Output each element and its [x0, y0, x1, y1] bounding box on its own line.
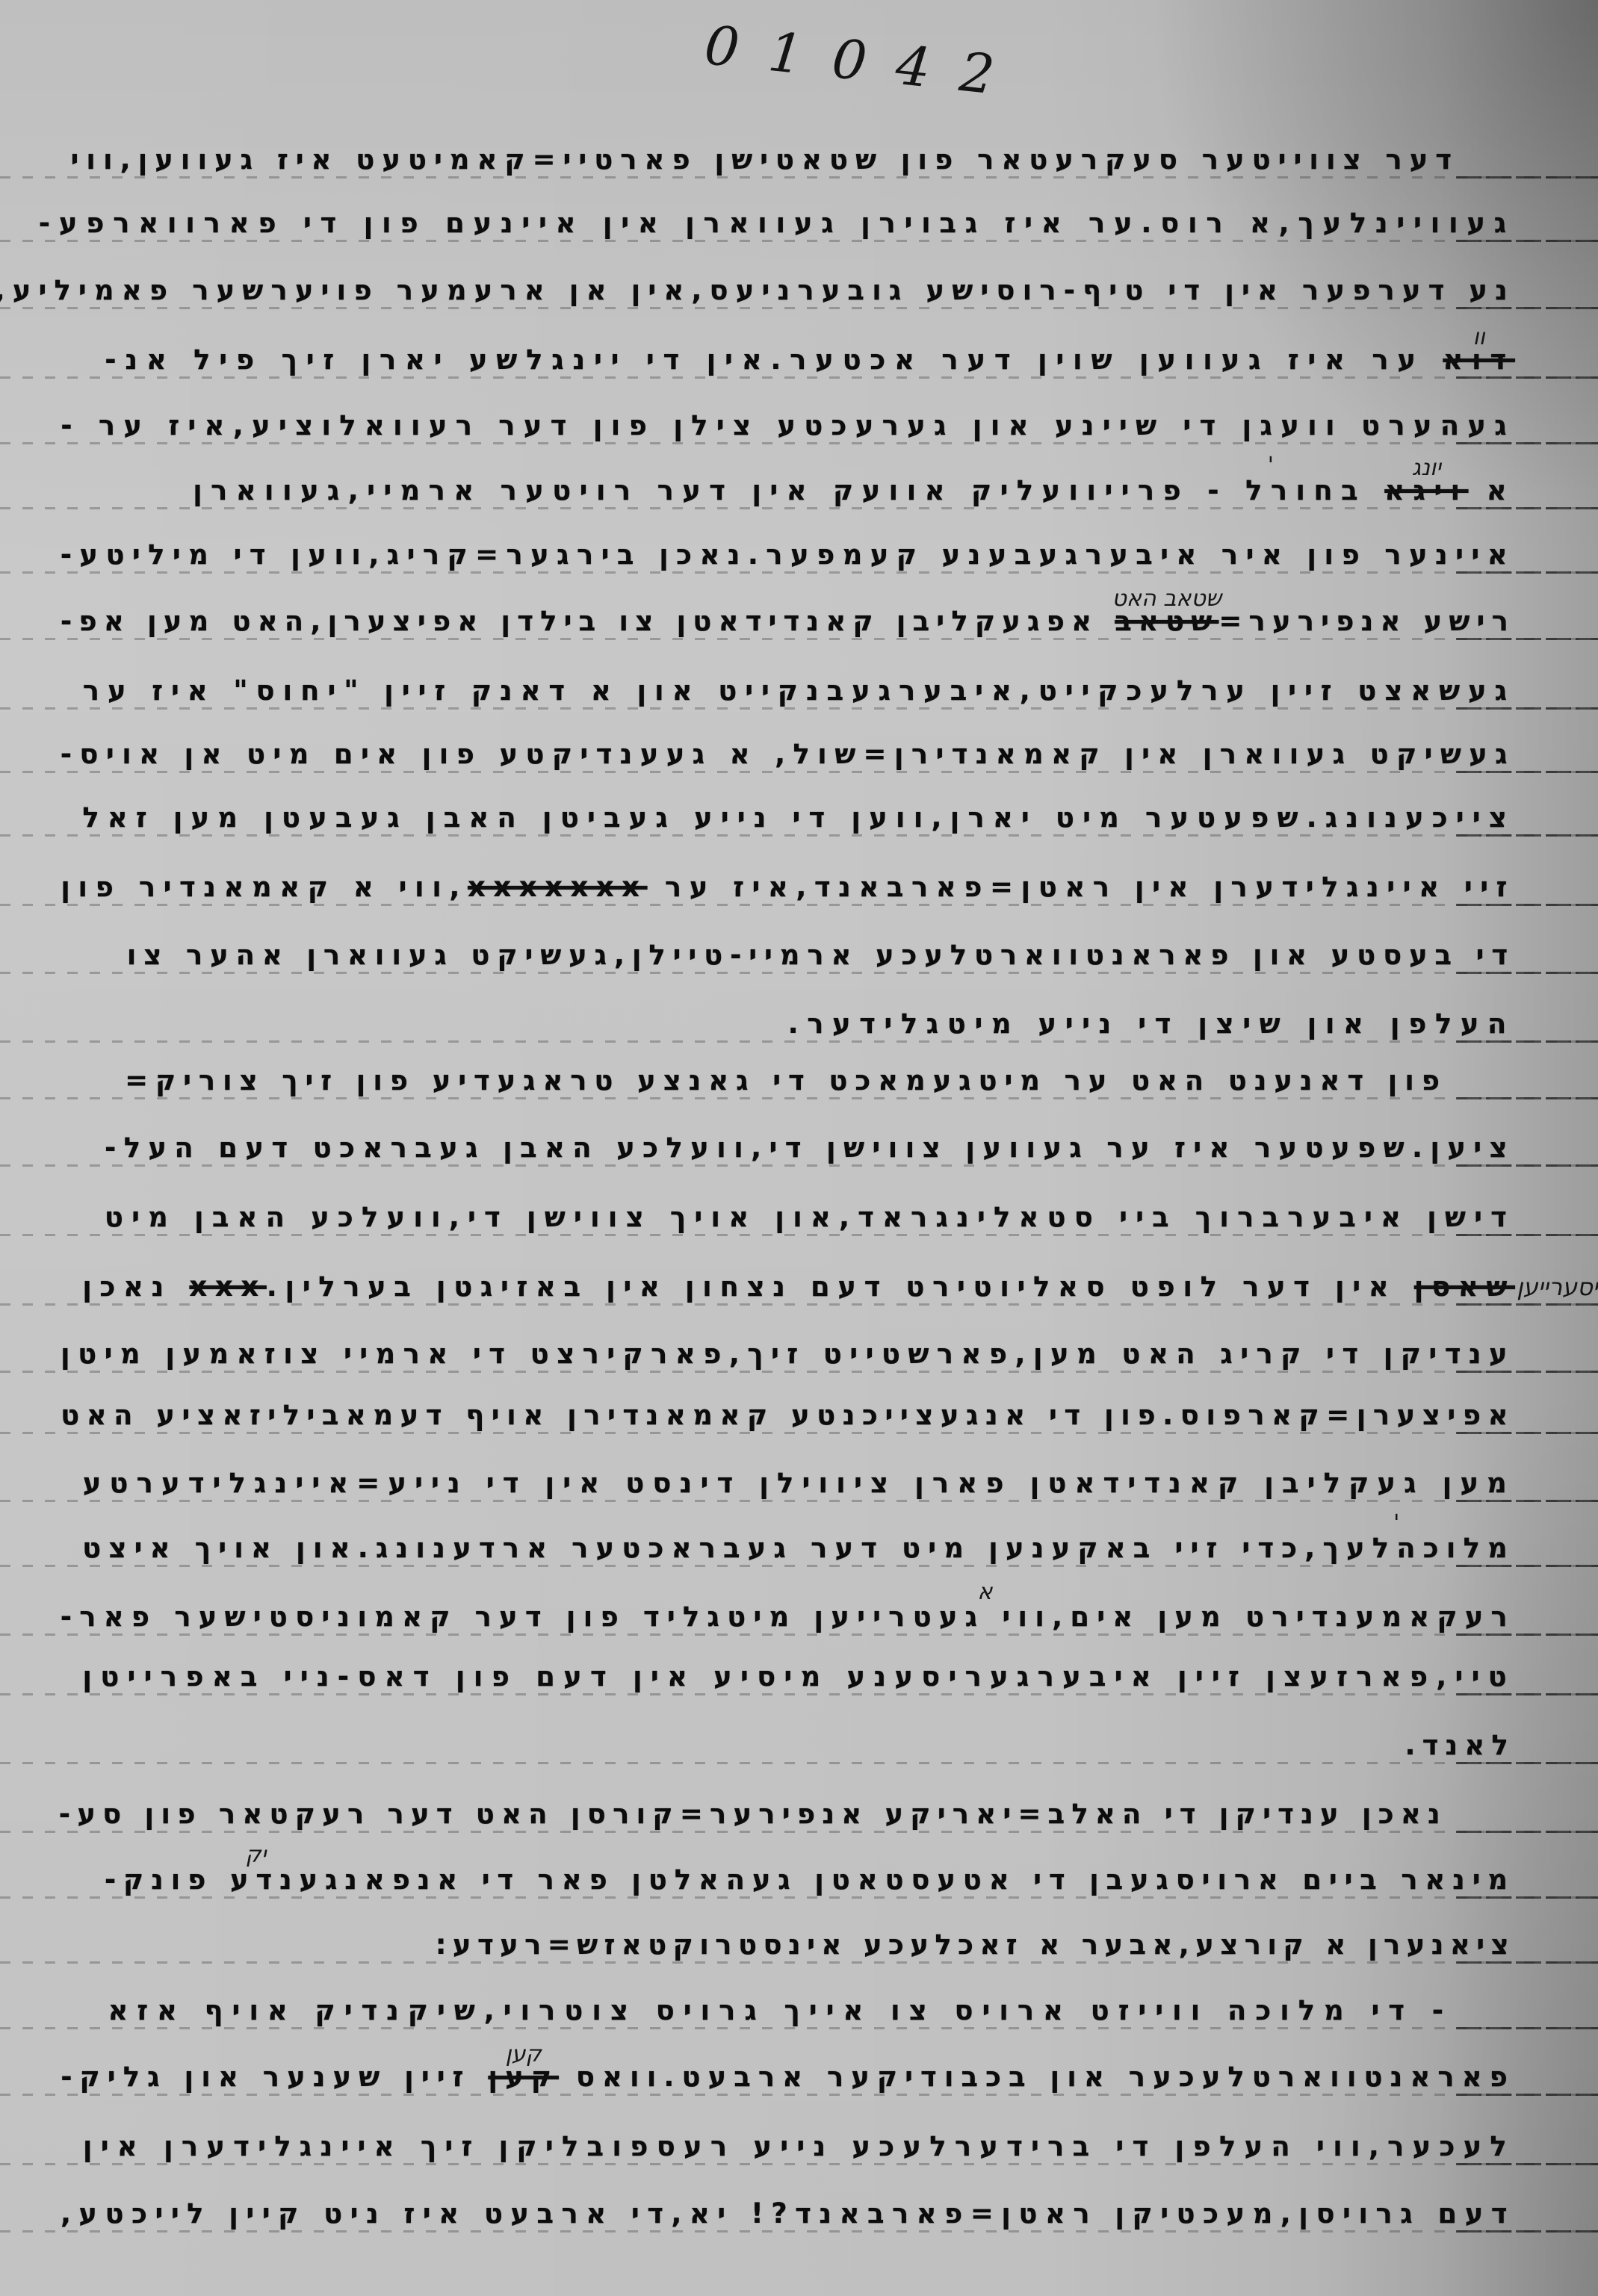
line-text: דישן איבערברוך ביי סטאלינגראד,און אויך צ… [105, 1201, 1515, 1233]
typed-text: מען געקליבן קאנדידאטן פארן ציווילן דינסט… [83, 1467, 1515, 1499]
line-text: פאראנטווארטלעכער און בכבודיקער ארבעט.ווא… [61, 2061, 1515, 2093]
handwritten-margin-note: שיסערייען [1517, 1268, 1598, 1306]
text-line: די בעסטע און פאראנטווארטלעכע ארמיי-טיילן… [0, 937, 1515, 974]
handwritten-correction: קען [506, 2044, 542, 2066]
line-text: אפיצערן=קארפוס.פון די אנגעצייכנטע קאמאנד… [61, 1399, 1515, 1431]
line-text: רעקאמענדירט מען אים,ווי אגעטרייען מיטגלי… [61, 1601, 1515, 1633]
struck-text: קעןקען [488, 2061, 559, 2093]
struck-text: דואוו [1443, 344, 1515, 376]
line-text: דואוו ער איז געווען שוין דער אכטער.אין ד… [105, 344, 1515, 376]
typed-text: זיין שענער און גליק- [61, 2061, 488, 2093]
text-line: שאסן אין דער לופט סאליוטירט דעם נצחון אי… [0, 1268, 1515, 1306]
typed-text: ציאנערן א קורצע,אבער א זאכלעכע אינסטרוקט… [436, 1929, 1515, 1961]
line-text: איינער פון איר איבערגעבענע קעמפער.נאכן ב… [61, 539, 1515, 571]
handwritten-insertion: יק [245, 1844, 266, 1867]
typed-text: לאנד. [1405, 1729, 1516, 1761]
handwritten-correction: שטאב האט [1112, 588, 1221, 610]
typed-text: פאראנטווארטלעכער און בכבודיקער ארבעט.ווא… [559, 2061, 1515, 2093]
struck-text: xxx [189, 1270, 266, 1303]
typed-text: געשיקט געווארן אין קאמאנדירן=שול, א געענ… [61, 738, 1515, 770]
typed-text: ענדיקן די קריג האט מען,פארשטייט זיך,פארק… [61, 1338, 1515, 1370]
line-text: טיי,פארזעצן זיין איבערגעריסענע מיסיע אין… [82, 1660, 1515, 1692]
typed-text: לעך,כדי זיי באקענען מיט דער געבראכטער אר… [82, 1532, 1396, 1564]
text-line: דואוו ער איז געווען שוין דער אכטער.אין ד… [0, 341, 1515, 379]
typed-text: געהערט וועגן די שיינע און גערעכטע צילן פ… [61, 409, 1515, 441]
typed-text: איינער פון איר איבערגעבענע קעמפער.נאכן ב… [61, 539, 1515, 571]
text-line: - די מלוכה ווייזט ארויס צו אייך גרויס צו… [0, 1992, 1452, 2029]
typed-text: בחור [1271, 474, 1384, 506]
line-text: - די מלוכה ווייזט ארויס צו אייך גרויס צו… [108, 1994, 1453, 2026]
line-text: געוויינלעך,א רוס.ער איז גבוירן געווארן א… [39, 207, 1515, 239]
typed-text: די בעסטע און פאראנטווארטלעכע ארמיי-טיילן… [127, 939, 1515, 971]
typed-text: ער איז געווען שוין דער אכטער.אין די יינג… [105, 344, 1443, 376]
text-line: ענדיקן די קריג האט מען,פארשטייט זיך,פארק… [0, 1335, 1515, 1373]
text-line: איינער פון איר איבערגעבענע קעמפער.נאכן ב… [0, 536, 1515, 574]
text-line: פון דאנענט האט ער מיטגעמאכט די גאנצע טרא… [0, 1062, 1447, 1099]
line-text: העלפן און שיצן די נייע מיטגלידער. [788, 1008, 1515, 1040]
typed-text: נאכן ענדיקן די האלב=יאריקע אנפירער=קורסן… [59, 1798, 1447, 1830]
line-text: לעכער,ווי העלפן די ברידערלעכע נייע רעספו… [83, 2130, 1515, 2162]
typed-text: - די מלוכה ווייזט ארויס צו אייך גרויס צו… [108, 1994, 1453, 2026]
handwritten-correction: יונג [1412, 457, 1441, 480]
line-text: נע דערפער אין די טיף-רוסישע גובערניעס,אי… [0, 274, 1515, 306]
text-line: מינאר ביים ארויסגעבן די אטעסטאטן געהאלטן… [0, 1861, 1515, 1899]
text-line: געהערט וועגן די שיינע און גערעכטע צילן פ… [0, 407, 1515, 444]
typed-text: א [1469, 474, 1515, 506]
text-line: ציען.שפעטער איז ער געווען צווישן די,וועל… [0, 1129, 1515, 1167]
typed-text: אפגעקליבן קאנדידאטן צו בילדן אפיצערן,האט… [61, 605, 1115, 637]
text-line: דישן איבערברוך ביי סטאלינגראד,און אויך צ… [0, 1199, 1515, 1236]
handwritten-insertion: ' [1393, 1512, 1399, 1535]
typed-text: נאכן [82, 1270, 189, 1303]
typed-text: צייכענונג.שפעטער מיט יארן,ווען די נייע ג… [82, 801, 1515, 834]
text-line: געשאצט זיין ערלעכקייט,איבערגעבנקייט און … [0, 672, 1515, 710]
line-text: מינאר ביים ארויסגעבן די אטעסטאטן געהאלטן… [105, 1864, 1515, 1896]
typed-text: געטרייען מיטגליד פון דער קאמוניסטישער פא… [61, 1601, 985, 1633]
line-text: שאסן אין דער לופט סאליוטירט דעם נצחון אי… [82, 1270, 1515, 1303]
line-text: לאנד. [1405, 1729, 1516, 1761]
text-line: דעם גרויסן,מעכטיקן ראטן=פארבאנד?! יא,די … [0, 2195, 1515, 2233]
text-line: ציאנערן א קורצע,אבער א זאכלעכע אינסטרוקט… [0, 1926, 1515, 1964]
text-line: מען געקליבן קאנדידאטן פארן ציווילן דינסט… [0, 1465, 1515, 1502]
typed-text: געוויינלעך,א רוס.ער איז גבוירן געווארן א… [39, 207, 1515, 239]
line-text: געשיקט געווארן אין קאמאנדירן=שול, א געענ… [61, 738, 1515, 770]
typed-text: מינאר ביים ארויסגעבן די אטעסטאטן געהאלטן… [256, 1864, 1515, 1896]
typed-text: דער צווייטער סעקרעטאר פון שטאטישן פארטיי… [70, 143, 1459, 176]
typed-text: רישע אנפירער= [1218, 605, 1515, 637]
handwritten-insertion: א [977, 1581, 992, 1604]
struck-text: xxxxxxx [468, 871, 648, 903]
line-text: געהערט וועגן די שיינע און גערעכטע צילן פ… [61, 409, 1515, 441]
struck-text: שאסן [1414, 1270, 1515, 1303]
text-line: רישע אנפירער=שטאבשטאב האט אפגעקליבן קאנד… [0, 603, 1515, 640]
typed-text: דישן איבערברוך ביי סטאלינגראד,און אויך צ… [105, 1201, 1515, 1233]
typed-text: ציען.שפעטער איז ער געווען צווישן די,וועל… [105, 1132, 1515, 1164]
line-text: מלוכה'לעך,כדי זיי באקענען מיט דער געבראכ… [82, 1532, 1515, 1564]
line-text: ציאנערן א קורצע,אבער א זאכלעכע אינסטרוקט… [436, 1929, 1515, 1961]
text-line: געשיקט געווארן אין קאמאנדירן=שול, א געענ… [0, 736, 1515, 773]
typed-text: ,ווי א קאמאנדיר פון [61, 871, 468, 903]
text-line: טיי,פארזעצן זיין איבערגעריסענע מיסיע אין… [0, 1658, 1515, 1695]
line-text: צייכענונג.שפעטער מיט יארן,ווען די נייע ג… [82, 801, 1515, 834]
text-line: העלפן און שיצן די נייע מיטגלידער. [0, 1005, 1515, 1043]
struck-text: שטאבשטאב האט [1115, 605, 1218, 637]
text-line: א ויגאיונג בחור'ל - פרייוועליק אוועק אין… [0, 472, 1515, 509]
text-line: נאכן ענדיקן די האלב=יאריקע אנפירער=קורסן… [0, 1796, 1447, 1833]
line-text: א ויגאיונג בחור'ל - פרייוועליק אוועק אין… [193, 474, 1515, 506]
text-line: אפיצערן=קארפוס.פון די אנגעצייכנטע קאמאנד… [0, 1397, 1515, 1434]
typed-text: טיי,פארזעצן זיין איבערגעריסענע מיסיע אין… [82, 1660, 1515, 1692]
text-line: מלוכה'לעך,כדי זיי באקענען מיט דער געבראכ… [0, 1530, 1515, 1567]
line-text: ציען.שפעטער איז ער געווען צווישן די,וועל… [105, 1132, 1515, 1164]
text-line: רעקאמענדירט מען אים,ווי אגעטרייען מיטגלי… [0, 1598, 1515, 1636]
typed-text: לעכער,ווי העלפן די ברידערלעכע נייע רעספו… [83, 2130, 1515, 2162]
typed-text: דעם גרויסן,מעכטיקן ראטן=פארבאנד?! יא,די … [61, 2197, 1515, 2230]
handwritten-insertion: ' [1268, 455, 1274, 477]
text-line: געוויינלעך,א רוס.ער איז גבוירן געווארן א… [0, 205, 1515, 242]
line-text: דער צווייטער סעקרעטאר פון שטאטישן פארטיי… [70, 143, 1459, 176]
typed-text: פון דאנענט האט ער מיטגעמאכט די גאנצע טרא… [125, 1064, 1447, 1096]
text-line: צייכענונג.שפעטער מיט יארן,ווען די נייע ג… [0, 799, 1515, 837]
line-text: פון דאנענט האט ער מיטגעמאכט די גאנצע טרא… [125, 1064, 1447, 1096]
typed-text: אין דער לופט סאליוטירט דעם נצחון אין באז… [267, 1270, 1414, 1303]
line-text: מען געקליבן קאנדידאטן פארן ציווילן דינסט… [83, 1467, 1515, 1499]
text-line: לאנד. [0, 1727, 1515, 1764]
text-line: זיי איינגלידערן אין ראטן=פארבאנד,איז ער … [0, 869, 1515, 906]
text-line: פאראנטווארטלעכער און בכבודיקער ארבעט.ווא… [0, 2058, 1515, 2096]
typed-text: מלוכה [1396, 1532, 1515, 1564]
text-line: דער צווייטער סעקרעטאר פון שטאטישן פארטיי… [0, 141, 1459, 179]
typed-text: ע פונק- [105, 1864, 256, 1896]
line-text: די בעסטע און פאראנטווארטלעכע ארמיי-טיילן… [127, 939, 1515, 971]
typed-text: געשאצט זיין ערלעכקייט,איבערגעבנקייט און … [83, 674, 1515, 707]
line-text: געשאצט זיין ערלעכקייט,איבערגעבנקייט און … [83, 674, 1515, 707]
typed-text: רעקאמענדירט מען אים,ווי [985, 1601, 1515, 1633]
struck-text: ויגאיונג [1384, 474, 1468, 506]
handwritten-correction: וו [1473, 326, 1485, 349]
line-text: רישע אנפירער=שטאבשטאב האט אפגעקליבן קאנד… [61, 605, 1515, 637]
typed-text: אפיצערן=קארפוס.פון די אנגעצייכנטע קאמאנד… [61, 1399, 1515, 1431]
line-text: זיי איינגלידערן אין ראטן=פארבאנד,איז ער … [61, 871, 1515, 903]
text-line: לעכער,ווי העלפן די ברידערלעכע נייע רעספו… [0, 2128, 1515, 2165]
line-text: ענדיקן די קריג האט מען,פארשטייט זיך,פארק… [61, 1338, 1515, 1370]
typed-text: העלפן און שיצן די נייע מיטגלידער. [788, 1008, 1515, 1040]
typed-text: ל - פרייוועליק אוועק אין דער רויטער ארמי… [193, 474, 1271, 506]
text-line: נע דערפער אין די טיף-רוסישע גובערניעס,אי… [0, 272, 1515, 309]
line-text: דעם גרויסן,מעכטיקן ראטן=פארבאנד?! יא,די … [61, 2197, 1515, 2230]
typed-text: זיי איינגלידערן אין ראטן=פארבאנד,איז ער [648, 871, 1515, 903]
typed-text: נע דערפער אין די טיף-רוסישע גובערניעס,אי… [0, 274, 1515, 306]
line-text: נאכן ענדיקן די האלב=יאריקע אנפירער=קורסן… [59, 1798, 1447, 1830]
